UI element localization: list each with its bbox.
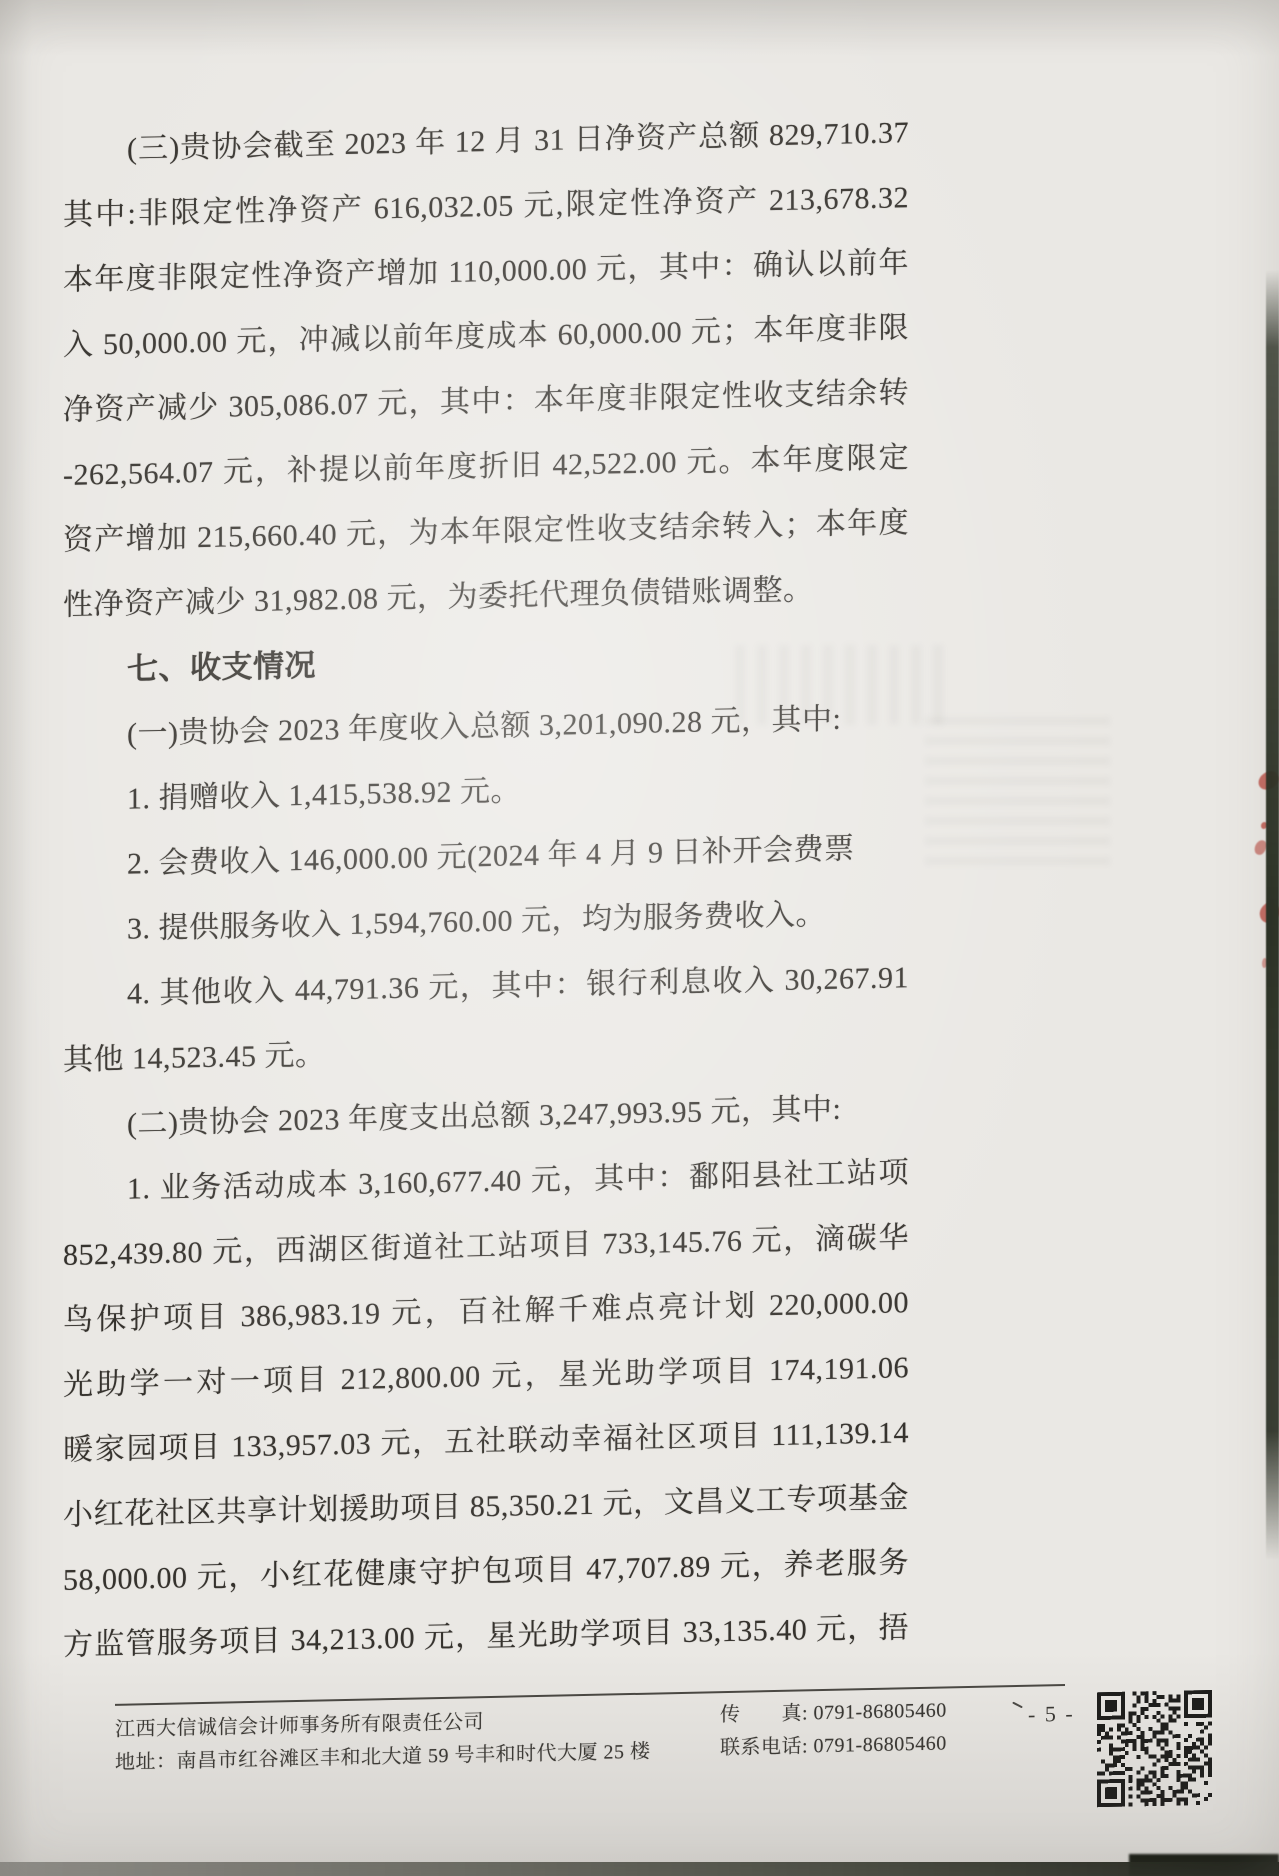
scan-edge-right <box>1266 270 1279 1560</box>
footer-firm-name: 江西大信诚信会计师事务所有限责任公司 <box>115 1705 484 1742</box>
document-body: (三)贵协会截至 2023 年 12 月 31 日净资产总额 829,710.3… <box>63 100 909 1678</box>
footer-fax: 传 真: 0791-86805460 <box>720 1693 947 1727</box>
red-ink-smudge <box>1261 822 1267 829</box>
scan-edge-corner <box>1129 1854 1279 1876</box>
paper-sheet: (三)贵协会截至 2023 年 12 月 31 日净资产总额 829,710.3… <box>60 0 1220 1876</box>
red-ink-smudge <box>1253 839 1268 856</box>
pen-mark-icon <box>1012 1702 1023 1709</box>
scanned-document-page: (三)贵协会截至 2023 年 12 月 31 日净资产总额 829,710.3… <box>0 0 1279 1876</box>
qr-code-icon <box>1097 1690 1212 1807</box>
page-number: - 5 - <box>1028 1701 1075 1728</box>
footer-phone: 联系电话: 0791-86805460 <box>720 1726 947 1760</box>
footer-address: 地址：南昌市红谷滩区丰和北大道 59 号丰和时代大厦 25 楼 <box>115 1735 651 1775</box>
red-ink-smudge <box>1262 958 1267 968</box>
red-ink-smudge <box>1256 899 1279 926</box>
red-ink-smudge <box>1256 769 1279 792</box>
